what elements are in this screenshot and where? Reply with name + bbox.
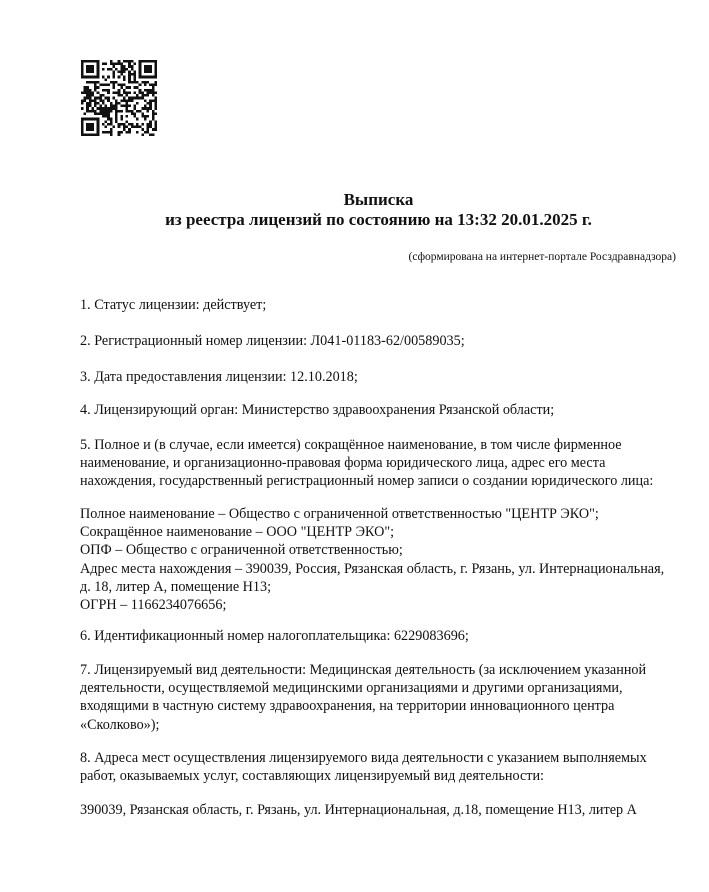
item-registration-number: 2. Регистрационный номер лицензии: Л041-… <box>80 332 690 350</box>
item-issue-date: 3. Дата предоставления лицензии: 12.10.2… <box>80 368 690 386</box>
item-license-status: 1. Статус лицензии: действует; <box>80 296 690 314</box>
full-name: Полное наименование – Общество с огранич… <box>80 505 690 523</box>
document-subtitle: из реестра лицензий по состоянию на 13:3… <box>0 210 709 230</box>
item-inn: 6. Идентификационный номер налогоплатель… <box>80 627 690 645</box>
address: Адрес места нахождения – 390039, Россия,… <box>80 560 690 578</box>
address-cont: д. 18, литер А, помещение Н13; <box>80 578 690 596</box>
item-organization-details: Полное наименование – Общество с огранич… <box>80 505 690 614</box>
source-note: (сформирована на интернет-портале Росздр… <box>409 249 677 265</box>
legal-form: ОПФ – Общество с ограниченной ответствен… <box>80 541 690 559</box>
item-organization-heading: 5. Полное и (в случае, если имеется) сок… <box>80 436 690 491</box>
document-title: Выписка <box>0 190 709 210</box>
short-name: Сокращённое наименование – ООО "ЦЕНТР ЭК… <box>80 523 690 541</box>
item-activity-type: 7. Лицензируемый вид деятельности: Медиц… <box>80 661 690 734</box>
item-licensing-authority: 4. Лицензирующий орган: Министерство здр… <box>80 401 690 419</box>
ogrn: ОГРН – 1166234076656; <box>80 596 690 614</box>
item-activity-addresses: 8. Адреса мест осуществления лицензируем… <box>80 749 690 785</box>
license-extract-page: Выписка из реестра лицензий по состоянию… <box>0 0 709 892</box>
item-activity-address-value: 390039, Рязанская область, г. Рязань, ул… <box>80 801 690 819</box>
qr-code-icon <box>81 60 157 136</box>
